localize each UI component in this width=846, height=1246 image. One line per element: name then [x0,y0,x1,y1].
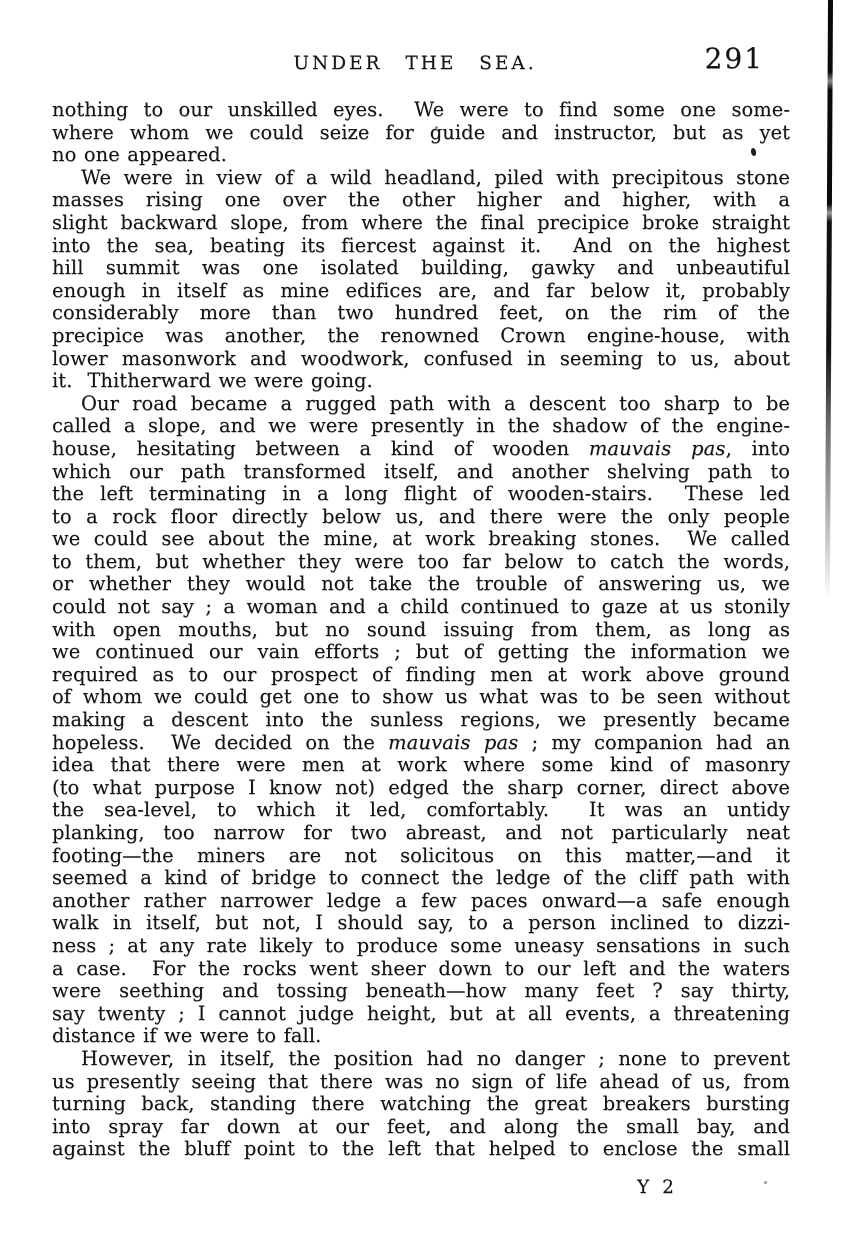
text-line: However, in itself, the position had no … [52,1048,790,1071]
text-line: making a descent into the sunless region… [52,709,790,732]
text-line: of whom we could get one to show us what… [52,686,790,709]
text-line: Our road became a rugged path with a des… [52,393,790,416]
text-line: nothing to our unskilled eyes. We were t… [52,99,790,122]
page-body: nothing to our unskilled eyes. We were t… [52,99,790,1161]
text-line: where whom we could seize for guide and … [52,122,790,145]
signature-mark: Y 2 [637,1177,674,1198]
text-line: which our path transformed itself, and a… [52,461,790,484]
text-line: into spray far down at our feet, and alo… [52,1116,790,1139]
text-line: planking, too narrow for two abreast, an… [52,822,790,845]
text-line: required as to our prospect of finding m… [52,664,790,687]
text-line: lower masonwork and woodwork, confused i… [52,348,790,371]
scanned-book-page: UNDER THE SEA. 291 nothing to our unskil… [0,0,846,1246]
text-line: with open mouths, but no sound issuing f… [52,619,790,642]
text-line: say twenty ; I cannot judge height, but … [52,1003,790,1026]
running-title: UNDER THE SEA. [46,53,784,74]
text-line: or whether they would not take the troub… [52,573,790,596]
paragraph: Our road became a rugged path with a des… [52,393,790,1048]
paragraph: nothing to our unskilled eyes. We were t… [52,99,790,167]
text-line: walk in itself, but not, I should say, t… [52,912,790,935]
scan-edge-artifact [825,0,833,600]
text-line: us presently seeing that there was no si… [52,1071,790,1094]
text-line: ness ; at any rate likely to produce som… [52,935,790,958]
text-line: into the sea, beating its fiercest again… [52,235,790,258]
ink-speck [764,1181,767,1184]
text-line: could not say ; a woman and a child cont… [52,596,790,619]
page-header: UNDER THE SEA. 291 [52,50,790,84]
text-line: considerably more than two hundred feet,… [52,302,790,325]
text-line: we continued our vain efforts ; but of g… [52,641,790,664]
text-line: hill summit was one isolated building, g… [52,257,790,280]
text-line: a case. For the rocks went sheer down to… [52,958,790,981]
paragraph: However, in itself, the position had no … [52,1048,790,1161]
text-line: against the bluff point to the left that… [52,1138,790,1161]
text-line: we could see about the mine, at work bre… [52,528,790,551]
paragraph: We were in view of a wild headland, pile… [52,167,790,393]
ink-speck [435,126,438,129]
text-line: (to what purpose I know not) edged the s… [52,777,790,800]
text-line: to a rock floor directly below us, and t… [52,506,790,529]
text-line: to them, but whether they were too far b… [52,551,790,574]
text-line: seemed a kind of bridge to connect the l… [52,867,790,890]
text-line: hopeless. We decided on the mauvais pas … [52,732,790,755]
text-line: slight backward slope, from where the fi… [52,212,790,235]
text-line: turning back, standing there watching th… [52,1093,790,1116]
text-line: precipice was another, the renowned Crow… [52,325,790,348]
text-line: the left terminating in a long flight of… [52,483,790,506]
text-line: masses rising one over the other higher … [52,189,790,212]
text-line: called a slope, and we were presently in… [52,415,790,438]
text-line: the sea-level, to which it led, comforta… [52,799,790,822]
text-line: no one appeared. [52,144,790,167]
text-line: were seething and tossing beneath—how ma… [52,980,790,1003]
text-line: enough in itself as mine edifices are, a… [52,280,790,303]
text-line: footing—the miners are not solicitous on… [52,845,790,868]
text-line: idea that there were men at work where s… [52,754,790,777]
text-line: another rather narrower ledge a few pace… [52,890,790,913]
text-line: it. Thitherward we were going. [52,370,790,393]
text-line: distance if we were to fall. [52,1025,790,1048]
page-number: 291 [705,42,764,75]
text-line: house, hesitating between a kind of wood… [52,438,790,461]
text-line: We were in view of a wild headland, pile… [52,167,790,190]
